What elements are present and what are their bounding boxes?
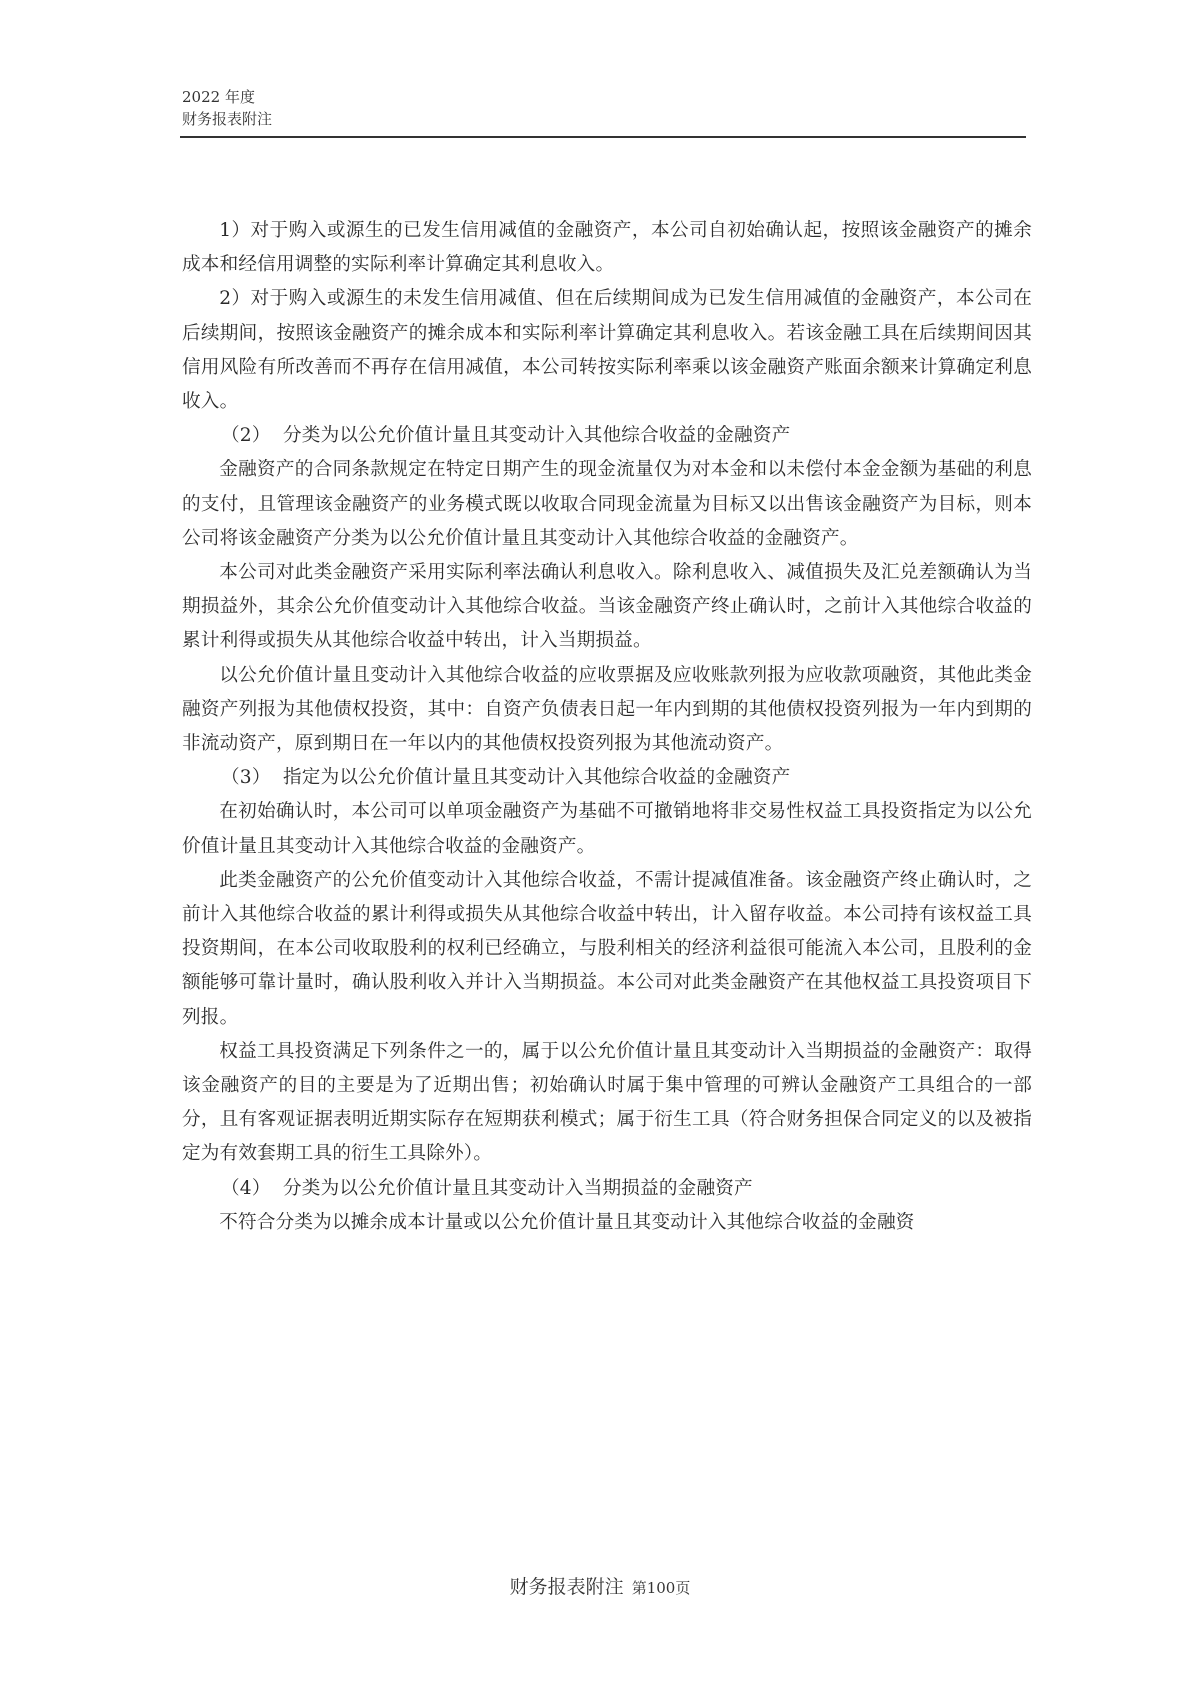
section-number: （2） xyxy=(221,419,283,453)
section-heading-2: （2）分类为以公允价值计量且其变动计入其他综合收益的金融资产 xyxy=(182,419,1032,453)
paragraph-2: 2）对于购入或源生的未发生信用减值、但在后续期间成为已发生信用减值的金融资产，本… xyxy=(182,282,1032,419)
header-divider xyxy=(180,136,1026,138)
header-year: 2022 年度 xyxy=(182,86,272,108)
section-number: （4） xyxy=(221,1172,283,1206)
section-heading-4: （4）分类为以公允价值计量且其变动计入当期损益的金融资产 xyxy=(182,1172,1032,1206)
header-title: 财务报表附注 xyxy=(182,108,272,130)
paragraph-8: 权益工具投资满足下列条件之一的，属于以公允价值计量且其变动计入当期损益的金融资产… xyxy=(182,1035,1032,1172)
paragraph-7: 此类金融资产的公允价值变动计入其他综合收益，不需计提减值准备。该金融资产终止确认… xyxy=(182,864,1032,1035)
section-title: 分类为以公允价值计量且其变动计入其他综合收益的金融资产 xyxy=(283,425,790,446)
footer-title: 财务报表附注 xyxy=(510,1576,624,1598)
document-body: 1）对于购入或源生的已发生信用减值的金融资产，本公司自初始确认起，按照该金融资产… xyxy=(182,214,1032,1240)
section-title: 分类为以公允价值计量且其变动计入当期损益的金融资产 xyxy=(283,1178,753,1199)
paragraph-3: 金融资产的合同条款规定在特定日期产生的现金流量仅为对本金和以未偿付本金金额为基础… xyxy=(182,453,1032,556)
page-footer: 财务报表附注第100页 xyxy=(0,1572,1200,1599)
paragraph-5: 以公允价值计量且变动计入其他综合收益的应收票据及应收账款列报为应收款项融资，其他… xyxy=(182,659,1032,762)
section-heading-3: （3）指定为以公允价值计量且其变动计入其他综合收益的金融资产 xyxy=(182,761,1032,795)
paragraph-6: 在初始确认时，本公司可以单项金融资产为基础不可撤销地将非交易性权益工具投资指定为… xyxy=(182,795,1032,863)
section-number: （3） xyxy=(221,761,283,795)
paragraph-4: 本公司对此类金融资产采用实际利率法确认利息收入。除利息收入、减值损失及汇兑差额确… xyxy=(182,556,1032,659)
paragraph-1: 1）对于购入或源生的已发生信用减值的金融资产，本公司自初始确认起，按照该金融资产… xyxy=(182,214,1032,282)
paragraph-9: 不符合分类为以摊余成本计量或以公允价值计量且其变动计入其他综合收益的金融资 xyxy=(182,1206,1032,1240)
page-header: 2022 年度 财务报表附注 xyxy=(182,86,272,130)
page-number: 第100页 xyxy=(632,1579,691,1597)
section-title: 指定为以公允价值计量且其变动计入其他综合收益的金融资产 xyxy=(283,767,790,788)
